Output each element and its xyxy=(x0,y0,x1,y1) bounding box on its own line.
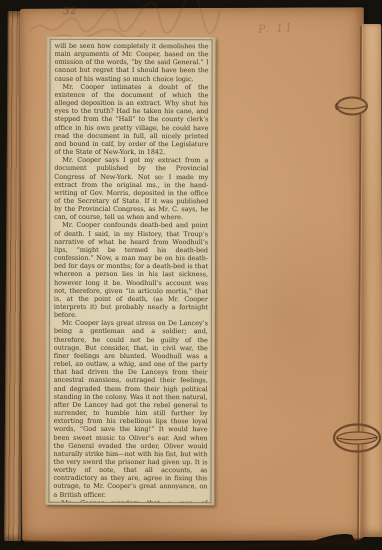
clipping-paragraph: will be seen how completely it demolishe… xyxy=(54,42,208,83)
clipping-paragraph: Mr. Cooper says I got my extract from a … xyxy=(54,156,208,222)
clipping-text: will be seen how completely it demolishe… xyxy=(53,42,208,503)
clipping-column-rule: will be seen how completely it demolishe… xyxy=(48,39,212,503)
clipping-paragraph: Mr. Cooper lays great stress on De Lance… xyxy=(53,319,207,499)
newspaper-clipping: will be seen how completely it demolishe… xyxy=(45,37,215,505)
adjacent-page-edge xyxy=(360,24,382,537)
clipping-paragraph: Mr. Cooper confounds death-bed and point… xyxy=(54,221,208,319)
scanned-scrapbook-page: { "annotations": { "page_number": "32", … xyxy=(0,0,382,550)
clipping-paragraph: Mr. Cooper intimates a doubt of the exis… xyxy=(54,83,208,157)
pencil-page-number: 32 xyxy=(63,5,78,17)
pencil-page-reference: P. 11 xyxy=(258,21,295,36)
clipping-paragraph: Mr. Cooper wonders that a man of Woodhul… xyxy=(53,499,207,504)
